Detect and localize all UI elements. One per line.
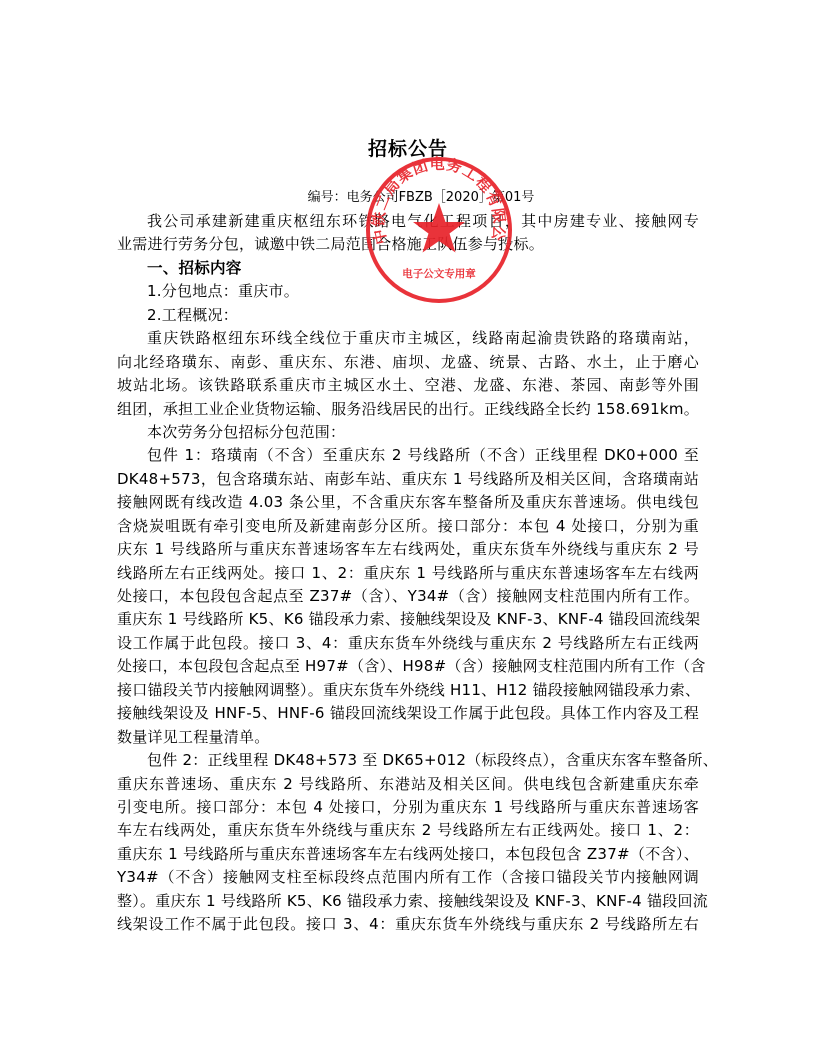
scope-heading: 本次劳务分包招标分包范围：: [117, 421, 699, 444]
intro-paragraph-line: 业需进行劳务分包，诚邀中铁二局范围合格施工队伍参与投标。: [117, 233, 699, 256]
package-1-paragraph-line: 含烧炭咀既有牵引变电所及新建南彭分区所。接口部分：本包 4 处接口，分别为重: [117, 515, 699, 538]
package-2-paragraph-line: 线架设工作不属于此包段。接口 3、4：重庆东货车外绕线与重庆东 2 号线路所左右: [117, 913, 699, 936]
package-1-paragraph-line: 重庆东 1 号线路所 K5、K6 锚段承力索、接触线架设及 KNF-3、KNF-…: [117, 608, 699, 631]
package-2-paragraph-line: Y34#（不含）接触网支柱至标段终点范围内所有工作（含接口锚段关节内接触网调: [117, 866, 699, 889]
package-1-paragraph-line: 庆东 1 号线路所与重庆东普速场客车左右线两处，重庆东货车外绕线与重庆东 2 号: [117, 538, 699, 561]
overview-paragraph-line: 组团，承担工业企业货物运输、服务沿线居民的出行。正线线路全长约 158.691k…: [117, 398, 699, 421]
document-page: 招标公告 编号：电务公司FBZB［2020］第01号 我公司承建新建重庆枢纽东环…: [0, 0, 816, 1056]
overview-paragraph-line: 坡站北场。该铁路联系重庆市主城区水土、空港、龙盛、东港、茶园、南彭等外围: [117, 374, 699, 397]
intro-paragraph-line: 我公司承建新建重庆枢纽东环铁路电气化工程项目，其中房建专业、接触网专: [117, 210, 699, 233]
package-1-paragraph-line: 线路所左右正线两处。接口 1、2：重庆东 1 号线路所与重庆东普速场客车左右线两: [117, 562, 699, 585]
package-1-paragraph-line: 数量详见工程量清单。: [117, 726, 699, 749]
subcontract-location: 1.分包地点：重庆市。: [117, 280, 699, 303]
project-overview-heading: 2.工程概况：: [117, 304, 699, 327]
overview-paragraph-line: 向北经珞璜东、南彭、重庆东、东港、庙坝、龙盛、统景、古路、水土，止于磨心: [117, 351, 699, 374]
document-title: 招标公告: [0, 136, 816, 162]
package-1-paragraph-line: 接触线架设及 HNF-5、HNF-6 锚段回流线架设工作属于此包段。具体工作内容…: [117, 702, 699, 725]
document-number: 编号：电务公司FBZB［2020］第01号: [0, 188, 816, 208]
document-body: 我公司承建新建重庆枢纽东环铁路电气化工程项目，其中房建专业、接触网专 业需进行劳…: [117, 210, 699, 937]
package-2-paragraph-line: 包件 2：正线里程 DK48+573 至 DK65+012（标段终点），含重庆东…: [117, 749, 699, 772]
package-1-paragraph-line: 处接口，本包段包含起点至 H97#（含）、H98#（含）接触网支柱范围内所有工作…: [117, 655, 699, 678]
package-1-paragraph-line: 处接口，本包段包含起点至 Z37#（含）、Y34#（含）接触网支柱范围内所有工作…: [117, 585, 699, 608]
package-1-paragraph-line: 包件 1：珞璜南（不含）至重庆东 2 号线路所（不含）正线里程 DK0+000 …: [117, 444, 699, 467]
package-2-paragraph-line: 重庆东 1 号线路所与重庆东普速场客车左右线两处接口，本包段包含 Z37#（不含…: [117, 843, 699, 866]
package-1-paragraph-line: 接口锚段关节内接触网调整）。重庆东货车外绕线 H11、H12 锚段接触网锚段承力…: [117, 679, 699, 702]
package-1-paragraph-line: DK48+573，包含珞璜东站、南彭车站、重庆东 1 号线路所及相关区间，含珞璜…: [117, 468, 699, 491]
package-1-paragraph-line: 设工作属于此包段。接口 3、4：重庆东货车外绕线与重庆东 2 号线路所左右正线两: [117, 632, 699, 655]
package-2-paragraph-line: 车左右线两处，重庆东货车外绕线与重庆东 2 号线路所左右正线两处。接口 1、2：: [117, 819, 699, 842]
package-1-paragraph-line: 接触网既有线改造 4.03 条公里，不含重庆东客车整备所及重庆东普速场。供电线包: [117, 491, 699, 514]
package-2-paragraph-line: 重庆东普速场、重庆东 2 号线路所、东港站及相关区间。供电线包含新建重庆东牵: [117, 773, 699, 796]
package-2-paragraph-line: 整）。重庆东 1 号线路所 K5、K6 锚段承力索、接触线架设及 KNF-3、K…: [117, 890, 699, 913]
overview-paragraph-line: 重庆铁路枢纽东环线全线位于重庆市主城区，线路南起渝贵铁路的珞璜南站，: [117, 327, 699, 350]
package-2-paragraph-line: 引变电所。接口部分：本包 4 处接口，分别为重庆东 1 号线路所与重庆东普速场客: [117, 796, 699, 819]
section-heading-bidding-content: 一、招标内容: [117, 257, 699, 280]
